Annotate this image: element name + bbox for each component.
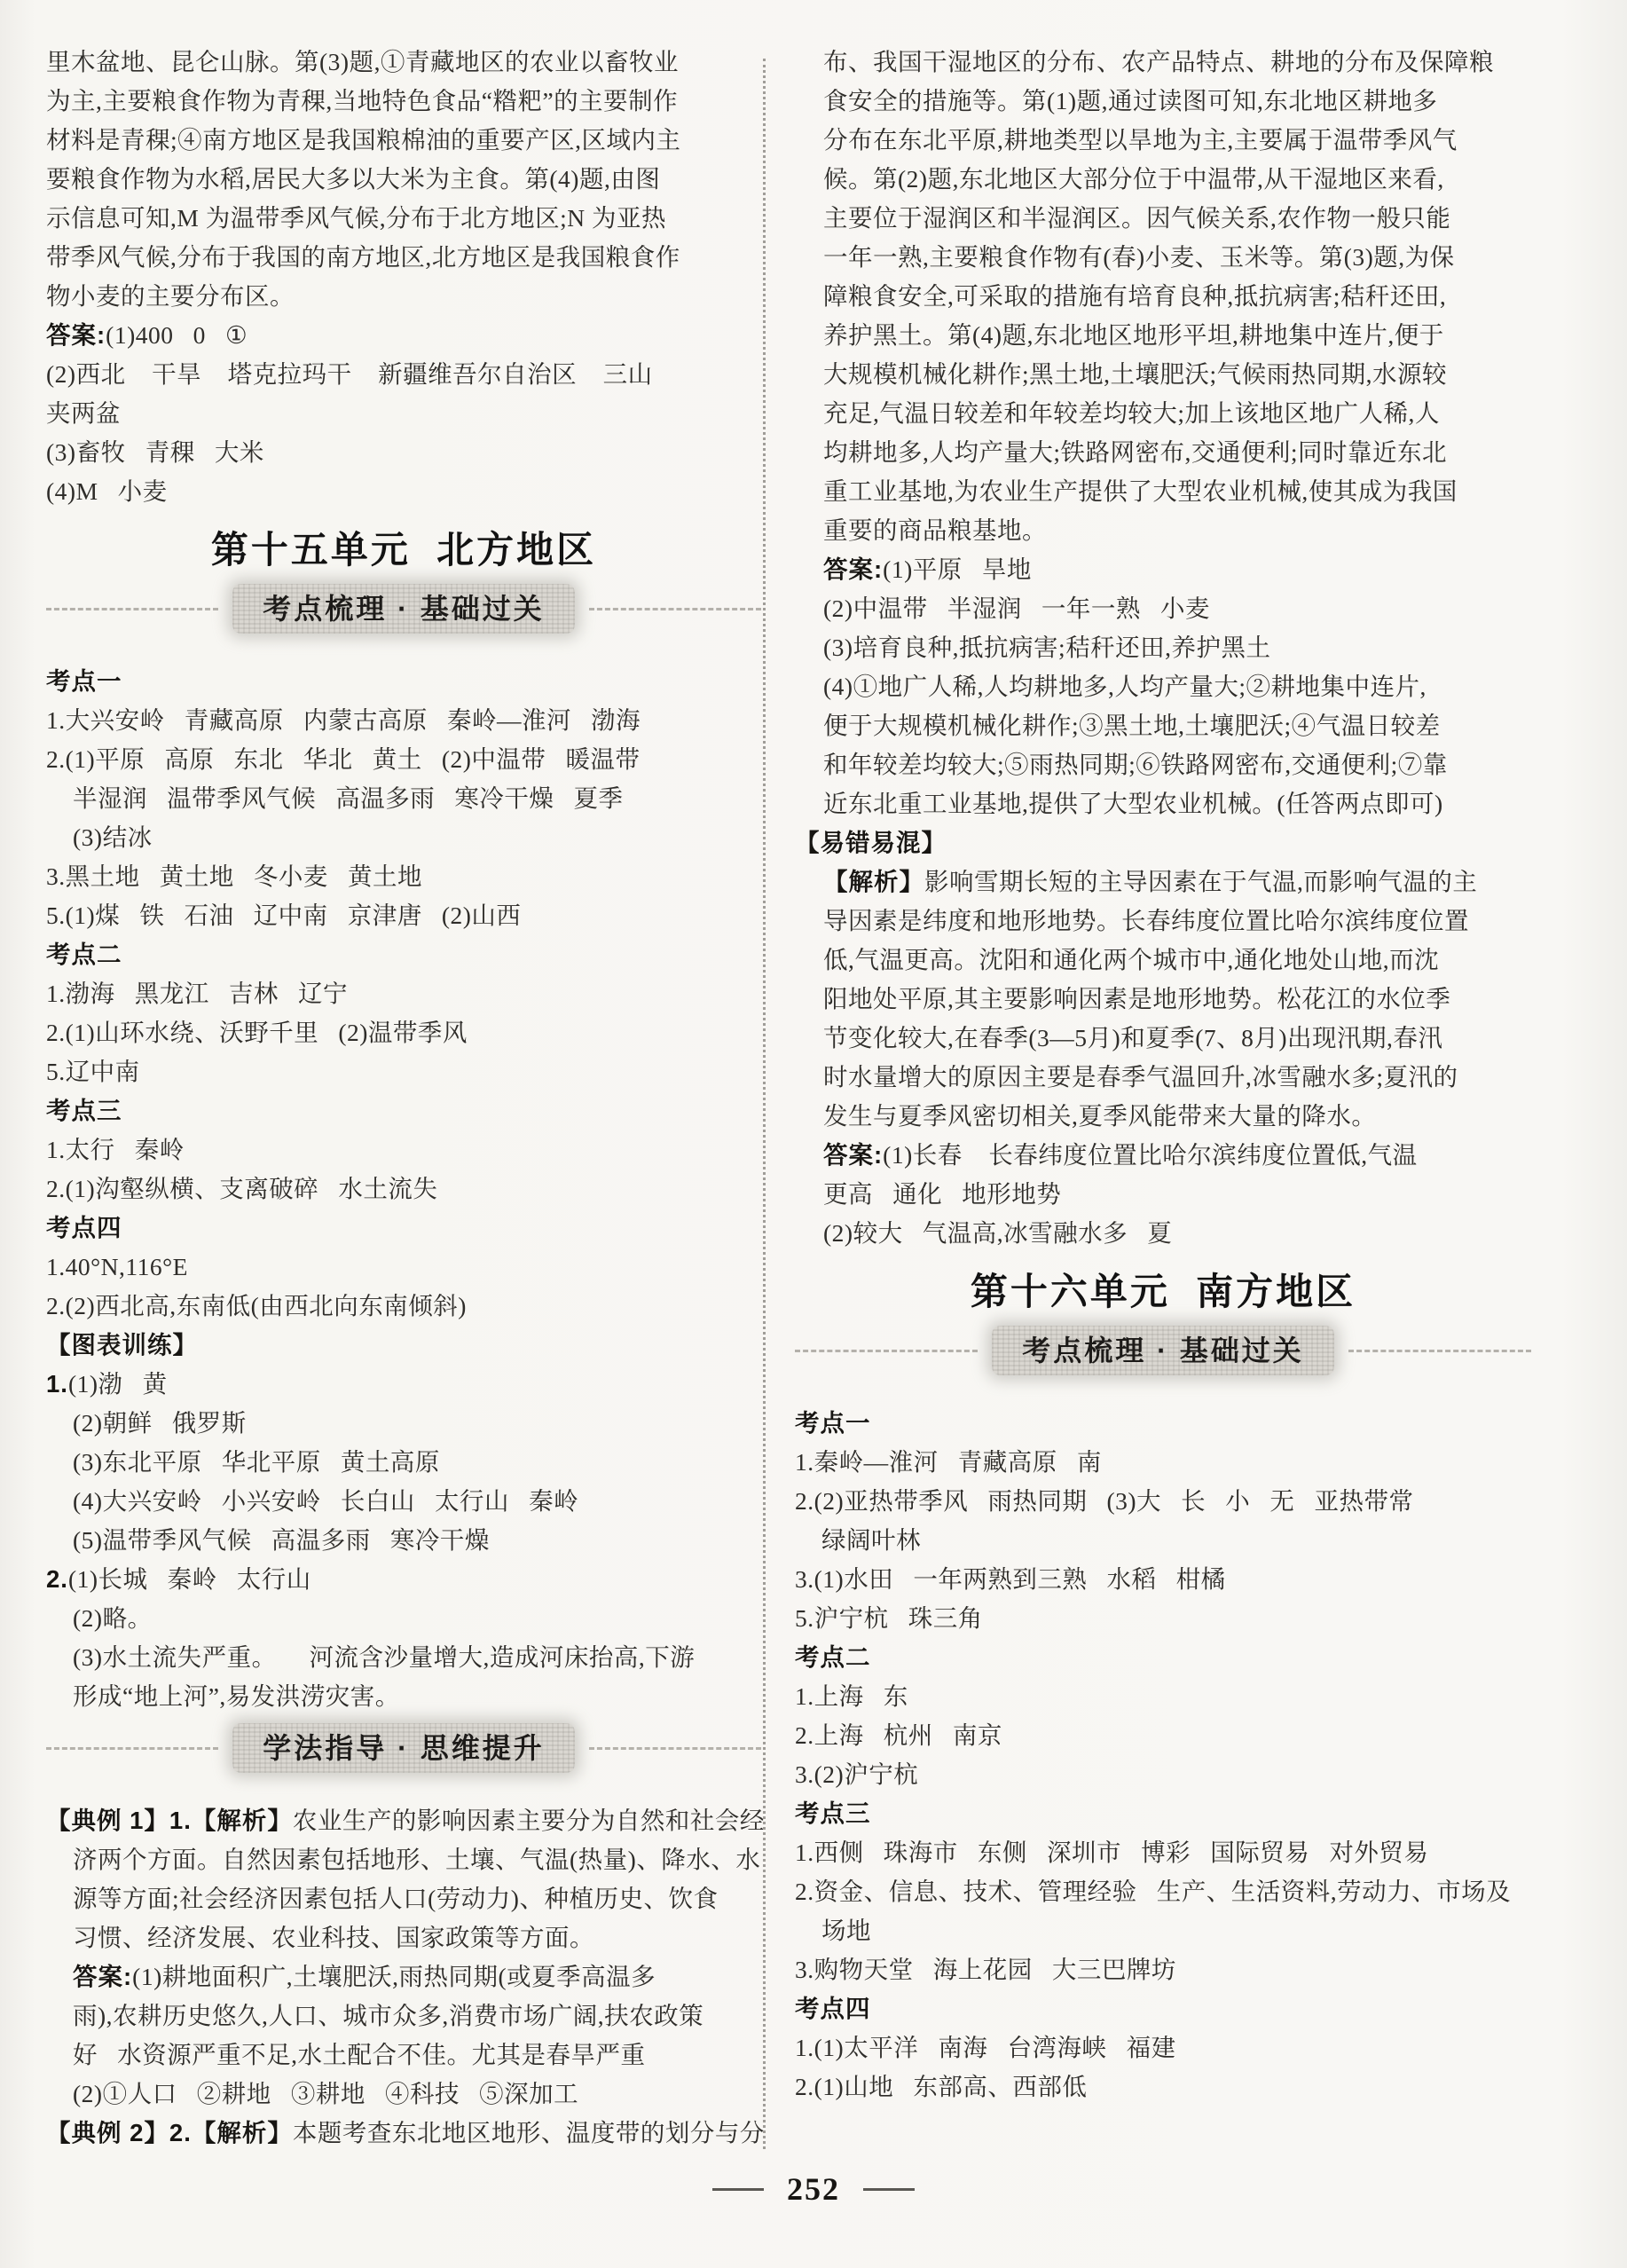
text-run: 发生与夏季风密切相关,夏季风能带来大量的降水。 — [823, 1102, 1376, 1130]
text-run: 绿阔叶林 — [821, 1526, 921, 1554]
banner-dashed-rule-left — [46, 608, 218, 610]
text-block: 【易错易混】 — [795, 823, 1531, 862]
text-run: (1)长春 长春纬度位置比哈尔滨纬度位置低,气温 — [883, 1141, 1417, 1169]
text-run: (2)①人口 ②耕地 ③耕地 ④科技 ⑤深加工 — [73, 2080, 578, 2107]
text-line: 考点四 — [795, 1989, 1531, 2028]
text-run: 节变化较大,在春季(3—5月)和夏季(7、8月)出现汛期,春汛 — [823, 1024, 1442, 1051]
text-run: (4)大兴安岭 小兴安岭 长白山 太行山 秦岭 — [73, 1487, 578, 1515]
left-column: 里木盆地、昆仑山脉。第(3)题,①青藏地区的农业以畜牧业为主,主要粮食作物为青稞… — [46, 43, 761, 2153]
text-run: 3.(2)沪宁杭 — [795, 1760, 918, 1788]
text-run: (4)M 小麦 — [46, 477, 168, 505]
text-run: 里木盆地、昆仑山脉。第(3)题,①青藏地区的农业以畜牧业 — [46, 48, 679, 75]
bold-label: 【解析】 — [823, 868, 924, 895]
text-line: 雨),农耕历史悠久,人口、城市众多,消费市场广阔,扶农政策 — [46, 1996, 761, 2036]
text-run: 阳地处平原,其主要影响因素是地形地势。松花江的水位季 — [823, 985, 1450, 1012]
text-line: 【典例 2】2.【解析】本题考查东北地区地形、温度带的划分与分 — [46, 2114, 761, 2153]
text-run: 2.上海 杭州 南京 — [795, 1721, 1002, 1749]
text-run: 2.(1)山环水绕、沃野千里 (2)温带季风 — [46, 1019, 468, 1046]
text-run: 物小麦的主要分布区。 — [46, 282, 295, 310]
text-run: 为主,主要粮食作物为青稞,当地特色食品“糌粑”的主要制作 — [46, 87, 678, 114]
page-footer: 252 — [0, 2170, 1627, 2208]
text-run: (3)培育良种,抵抗病害;秸秆还田,养护黑土 — [823, 634, 1270, 661]
text-line: 习惯、经济发展、农业科技、国家政策等方面。 — [46, 1918, 761, 1957]
bold-label: 2. — [46, 1565, 68, 1593]
text-line: 【典例 1】1.【解析】农业生产的影响因素主要分为自然和社会经 — [46, 1801, 761, 1840]
bold-label: 考点三 — [795, 1799, 871, 1827]
text-line: 2.(2)亚热带季风 雨热同期 (3)大 长 小 无 亚热带常 — [795, 1482, 1531, 1521]
text-run: (4)①地广人稀,人均耕地多,人均产量大;②耕地集中连片, — [823, 673, 1427, 700]
text-line: (4)①地广人稀,人均耕地多,人均产量大;②耕地集中连片, — [823, 667, 1531, 706]
text-run: 要粮食作物为水稻,居民大多以大米为主食。第(4)题,由图 — [46, 165, 660, 193]
text-run: 示信息可知,M 为温带季风气候,分布于北方地区;N 为亚热 — [46, 204, 666, 232]
text-line: 1.40°N,116°E — [46, 1248, 761, 1287]
text-line: 阳地处平原,其主要影响因素是地形地势。松花江的水位季 — [823, 980, 1531, 1019]
text-run: 导因素是纬度和地形地势。长春纬度位置比哈尔滨纬度位置 — [823, 907, 1469, 934]
text-run: 源等方面;社会经济因素包括人口(劳动力)、种植历史、饮食 — [73, 1885, 718, 1912]
bold-label: 答案: — [46, 321, 106, 349]
text-line: (2)西北 干旱 塔克拉玛干 新疆维吾尔自治区 三山 — [46, 355, 761, 394]
text-line: 考点三 — [46, 1091, 761, 1130]
text-run: (1)长城 秦岭 太行山 — [68, 1565, 311, 1593]
text-run: 1.西侧 珠海市 东侧 深圳市 博彩 国际贸易 对外贸易 — [795, 1839, 1428, 1866]
text-line: 2.(1)山地 东部高、西部低 — [795, 2067, 1531, 2107]
text-line: 济两个方面。自然因素包括地形、土壤、气温(热量)、降水、水 — [46, 1840, 761, 1879]
bold-label: 考点二 — [46, 941, 122, 968]
banner-dashed-rule-right — [589, 608, 761, 610]
text-run: 好 水资源严重不足,水土配合不佳。尤其是春旱严重 — [73, 2041, 646, 2068]
text-run: 低,气温更高。沈阳和通化两个城市中,通化地处山地,而沈 — [823, 946, 1439, 973]
bold-label: 考点一 — [795, 1409, 871, 1437]
banner-dashed-rule-right — [589, 1747, 761, 1750]
text-line: (2)较大 气温高,冰雪融水多 夏 — [823, 1214, 1531, 1253]
text-run: 3.黑土地 黄土地 冬小麦 黄土地 — [46, 862, 422, 890]
text-block: 【解析】影响雪期长短的主导因素在于气温,而影响气温的主导因素是纬度和地形地势。长… — [795, 862, 1531, 1253]
text-run: 5.沪宁杭 珠三角 — [795, 1604, 983, 1632]
banner-label: 考点梳理 · 基础过关 — [992, 1326, 1333, 1375]
text-line: (2)中温带 半湿润 一年一熟 小麦 — [823, 589, 1531, 628]
text-run: 2.(2)亚热带季风 雨热同期 (3)大 长 小 无 亚热带常 — [795, 1487, 1414, 1515]
text-run: 济两个方面。自然因素包括地形、土壤、气温(热量)、降水、水 — [73, 1846, 760, 1873]
text-line: 【图表训练】 — [46, 1326, 761, 1365]
unit-title: 第十六单元 南方地区 — [795, 1267, 1531, 1317]
text-block: 考点一1.大兴安岭 青藏高原 内蒙古高原 秦岭—淮河 渤海2.(1)平原 高原 … — [46, 662, 761, 1716]
bold-label: 考点三 — [46, 1097, 122, 1124]
text-run: 带季风气候,分布于我国的南方地区,北方地区是我国粮食作 — [46, 243, 680, 271]
banner-dashed-rule-left — [46, 1747, 218, 1750]
footer-dash-right — [863, 2188, 915, 2191]
text-line: (5)温带季风气候 高温多雨 寒冷干燥 — [46, 1521, 761, 1560]
text-line: 【解析】影响雪期长短的主导因素在于气温,而影响气温的主 — [823, 862, 1531, 902]
footer-dash-left — [712, 2188, 764, 2191]
text-line: 答案:(1)平原 旱地 — [823, 550, 1531, 589]
text-line: 答案:(1)长春 长春纬度位置比哈尔滨纬度位置低,气温 — [823, 1136, 1531, 1175]
text-line: 发生与夏季风密切相关,夏季风能带来大量的降水。 — [823, 1097, 1531, 1136]
banner-dashed-rule-left — [795, 1350, 978, 1352]
text-run: (2)朝鲜 俄罗斯 — [73, 1409, 247, 1437]
text-line: (2)略。 — [46, 1599, 761, 1638]
text-run: (1)400 0 ① — [106, 321, 248, 349]
text-line: 5.辽中南 — [46, 1052, 761, 1091]
text-run: 2.资金、信息、技术、管理经验 生产、生活资料,劳动力、市场及 — [795, 1878, 1511, 1905]
text-line: 1.秦岭—淮河 青藏高原 南 — [795, 1443, 1531, 1482]
text-run: 便于大规模机械化耕作;③黑土地,土壤肥沃;④气温日较差 — [823, 712, 1441, 739]
text-run: 农业生产的影响因素主要分为自然和社会经 — [293, 1807, 765, 1834]
text-run: 1.大兴安岭 青藏高原 内蒙古高原 秦岭—淮河 渤海 — [46, 706, 641, 734]
text-run: 2.(2)西北高,东南低(由西北向东南倾斜) — [46, 1292, 467, 1319]
text-line: 布、我国干湿地区的分布、农产品特点、耕地的分布及保障粮 — [823, 43, 1531, 82]
bold-label: 【典例 1】1.【解析】 — [46, 1807, 293, 1834]
text-line: (3)结冰 — [46, 818, 761, 857]
text-line: (3)畜牧 青稞 大米 — [46, 433, 761, 472]
text-line: 考点一 — [46, 662, 761, 701]
text-line: 2.(1)长城 秦岭 太行山 — [46, 1560, 761, 1599]
text-run: 1.太行 秦岭 — [46, 1136, 185, 1163]
section-banner: 学法指导 · 思维提升 — [46, 1723, 761, 1773]
text-line: 节变化较大,在春季(3—5月)和夏季(7、8月)出现汛期,春汛 — [823, 1019, 1531, 1058]
text-run: 1.(1)太平洋 南海 台湾海峡 福建 — [795, 2034, 1176, 2061]
text-line: 里木盆地、昆仑山脉。第(3)题,①青藏地区的农业以畜牧业 — [46, 43, 761, 82]
text-run: 均耕地多,人均产量大;铁路网密布,交通便利;同时靠近东北 — [823, 438, 1447, 466]
text-line: 【易错易混】 — [795, 823, 1531, 862]
text-line: 2.(1)山环水绕、沃野千里 (2)温带季风 — [46, 1013, 761, 1052]
text-line: 障粮食安全,可采取的措施有培育良种,抵抗病害;秸秆还田, — [823, 277, 1531, 316]
text-run: 主要位于湿润区和半湿润区。因气候关系,农作物一般只能 — [823, 204, 1450, 232]
text-run: 夹两盆 — [46, 399, 121, 427]
text-line: (2)朝鲜 俄罗斯 — [46, 1404, 761, 1443]
text-run: 形成“地上河”,易发洪涝灾害。 — [73, 1682, 400, 1710]
bold-label: 【图表训练】 — [46, 1331, 198, 1358]
text-line: 要粮食作物为水稻,居民大多以大米为主食。第(4)题,由图 — [46, 160, 761, 199]
text-line: 重要的商品粮基地。 — [823, 511, 1531, 550]
bold-label: 答案: — [823, 555, 883, 583]
text-run: 5.(1)煤 铁 石油 辽中南 京津唐 (2)山西 — [46, 902, 521, 929]
text-run: (3)结冰 — [73, 823, 153, 851]
text-block: 答案:(1)400 0 ①(2)西北 干旱 塔克拉玛干 新疆维吾尔自治区 三山夹… — [46, 316, 761, 511]
text-run: (3)东北平原 华北平原 黄土高原 — [73, 1448, 440, 1476]
text-run: 3.(1)水田 一年两熟到三熟 水稻 柑橘 — [795, 1565, 1226, 1593]
text-line: 考点四 — [46, 1209, 761, 1248]
text-run: 分布在东北平原,耕地类型以旱地为主,主要属于温带季风气 — [823, 126, 1458, 154]
banner-label: 学法指导 · 思维提升 — [232, 1723, 574, 1773]
text-run: 3.购物天堂 海上花园 大三巴牌坊 — [795, 1956, 1176, 1983]
text-run: (2)西北 干旱 塔克拉玛干 新疆维吾尔自治区 三山 — [46, 360, 653, 388]
text-run: 影响雪期长短的主导因素在于气温,而影响气温的主 — [924, 868, 1477, 895]
bold-label: 1. — [46, 1370, 68, 1398]
text-line: 低,气温更高。沈阳和通化两个城市中,通化地处山地,而沈 — [823, 941, 1531, 980]
text-line: 3.购物天堂 海上花园 大三巴牌坊 — [795, 1950, 1531, 1989]
banner-dashed-rule-right — [1348, 1350, 1531, 1352]
text-run: 大规模机械化耕作;黑土地,土壤肥沃;气候雨热同期,水源较 — [823, 360, 1447, 388]
text-run: 2.(1)沟壑纵横、支离破碎 水土流失 — [46, 1175, 437, 1202]
text-block: 布、我国干湿地区的分布、农产品特点、耕地的分布及保障粮食安全的措施等。第(1)题… — [795, 43, 1531, 823]
text-line: 导因素是纬度和地形地势。长春纬度位置比哈尔滨纬度位置 — [823, 902, 1531, 941]
text-line: 3.(1)水田 一年两熟到三熟 水稻 柑橘 — [795, 1560, 1531, 1599]
text-line: 2.资金、信息、技术、管理经验 生产、生活资料,劳动力、市场及 — [795, 1872, 1531, 1911]
text-line: 为主,主要粮食作物为青稞,当地特色食品“糌粑”的主要制作 — [46, 82, 761, 121]
text-run: 布、我国干湿地区的分布、农产品特点、耕地的分布及保障粮 — [823, 48, 1494, 75]
bold-label: 考点二 — [795, 1643, 871, 1671]
text-line: 考点三 — [795, 1794, 1531, 1833]
text-run: 半湿润 温带季风气候 高温多雨 寒冷干燥 夏季 — [73, 784, 624, 812]
text-run: (2)较大 气温高,冰雪融水多 夏 — [823, 1219, 1172, 1247]
text-line: (3)水土流失严重。 河流含沙量增大,造成河床抬高,下游 — [46, 1638, 761, 1677]
bold-label: 【典例 2】2.【解析】 — [46, 2119, 293, 2146]
text-run: 场地 — [821, 1917, 871, 1944]
text-run: 养护黑土。第(4)题,东北地区地形平坦,耕地集中连片,便于 — [823, 321, 1444, 349]
text-line: 考点二 — [795, 1638, 1531, 1677]
right-column: 布、我国干湿地区的分布、农产品特点、耕地的分布及保障粮食安全的措施等。第(1)题… — [795, 43, 1531, 2107]
text-run: 材料是青稞;④南方地区是我国粮棉油的重要产区,区域内主 — [46, 126, 681, 154]
text-run: 重工业基地,为农业生产提供了大型农业机械,使其成为我国 — [823, 477, 1458, 505]
text-line: 答案:(1)400 0 ① — [46, 316, 761, 355]
text-line: 均耕地多,人均产量大;铁路网密布,交通便利;同时靠近东北 — [823, 433, 1531, 472]
text-run: (3)水土流失严重。 河流含沙量增大,造成河床抬高,下游 — [73, 1643, 695, 1671]
text-line: 3.(2)沪宁杭 — [795, 1755, 1531, 1794]
workbook-page: 里木盆地、昆仑山脉。第(3)题,①青藏地区的农业以畜牧业为主,主要粮食作物为青稞… — [0, 0, 1627, 2268]
text-run: 雨),农耕历史悠久,人口、城市众多,消费市场广阔,扶农政策 — [73, 2002, 703, 2029]
text-line: 和年较差均较大;⑤雨热同期;⑥铁路网密布,交通便利;⑦靠 — [823, 745, 1531, 784]
text-line: 食安全的措施等。第(1)题,通过读图可知,东北地区耕地多 — [823, 82, 1531, 121]
text-line: 夹两盆 — [46, 394, 761, 433]
text-line: 考点一 — [795, 1404, 1531, 1443]
text-line: 1.(1)渤 黄 — [46, 1365, 761, 1404]
text-run: 食安全的措施等。第(1)题,通过读图可知,东北地区耕地多 — [823, 87, 1437, 114]
text-line: 重工业基地,为农业生产提供了大型农业机械,使其成为我国 — [823, 472, 1531, 511]
unit-title: 第十五单元 北方地区 — [46, 525, 761, 575]
text-line: 3.黑土地 黄土地 冬小麦 黄土地 — [46, 857, 761, 896]
text-run: 候。第(2)题,东北地区大部分位于中温带,从干湿地区来看, — [823, 165, 1444, 193]
text-line: 答案:(1)耕地面积广,土壤肥沃,雨热同期(或夏季高温多 — [46, 1957, 761, 1996]
text-run: 1.渤海 黑龙江 吉林 辽宁 — [46, 980, 348, 1007]
text-run: 5.辽中南 — [46, 1058, 140, 1085]
text-run: 障粮食安全,可采取的措施有培育良种,抵抗病害;秸秆还田, — [823, 282, 1446, 310]
text-run: (2)中温带 半湿润 一年一熟 小麦 — [823, 595, 1210, 622]
text-line: (4)M 小麦 — [46, 472, 761, 511]
text-line: 2.上海 杭州 南京 — [795, 1716, 1531, 1755]
text-line: (2)①人口 ②耕地 ③耕地 ④科技 ⑤深加工 — [46, 2075, 761, 2114]
text-run: 充足,气温日较差和年较差均较大;加上该地区地广人稀,人 — [823, 399, 1440, 427]
bold-label: 答案: — [73, 1963, 132, 1990]
page-number: 252 — [787, 2170, 840, 2208]
text-line: 5.沪宁杭 珠三角 — [795, 1599, 1531, 1638]
text-line: 带季风气候,分布于我国的南方地区,北方地区是我国粮食作 — [46, 238, 761, 277]
text-line: 更高 通化 地形地势 — [823, 1175, 1531, 1214]
text-run: 2.(1)平原 高原 东北 华北 黄土 (2)中温带 暖温带 — [46, 745, 641, 773]
text-run: (1)平原 旱地 — [883, 555, 1032, 583]
text-line: 1.大兴安岭 青藏高原 内蒙古高原 秦岭—淮河 渤海 — [46, 701, 761, 740]
text-line: (4)大兴安岭 小兴安岭 长白山 太行山 秦岭 — [46, 1482, 761, 1521]
text-line: 5.(1)煤 铁 石油 辽中南 京津唐 (2)山西 — [46, 896, 761, 935]
text-line: 1.上海 东 — [795, 1677, 1531, 1716]
text-line: 2.(1)平原 高原 东北 华北 黄土 (2)中温带 暖温带 — [46, 740, 761, 779]
text-line: 1.西侧 珠海市 东侧 深圳市 博彩 国际贸易 对外贸易 — [795, 1833, 1531, 1872]
text-block: 里木盆地、昆仑山脉。第(3)题,①青藏地区的农业以畜牧业为主,主要粮食作物为青稞… — [46, 43, 761, 316]
text-line: 好 水资源严重不足,水土配合不佳。尤其是春旱严重 — [46, 2036, 761, 2075]
text-block: 【典例 1】1.【解析】农业生产的影响因素主要分为自然和社会经济两个方面。自然因… — [46, 1801, 761, 2153]
text-line: 时水量增大的原因主要是春季气温回升,冰雪融水多;夏汛的 — [823, 1058, 1531, 1097]
text-run: (5)温带季风气候 高温多雨 寒冷干燥 — [73, 1526, 490, 1554]
text-line: 2.(2)西北高,东南低(由西北向东南倾斜) — [46, 1287, 761, 1326]
text-line: 候。第(2)题,东北地区大部分位于中温带,从干湿地区来看, — [823, 160, 1531, 199]
text-line: 场地 — [795, 1911, 1531, 1950]
bold-label: 【易错易混】 — [795, 829, 947, 856]
text-line: (3)东北平原 华北平原 黄土高原 — [46, 1443, 761, 1482]
text-run: 2.(1)山地 东部高、西部低 — [795, 2073, 1087, 2100]
text-line: 物小麦的主要分布区。 — [46, 277, 761, 316]
text-line: 便于大规模机械化耕作;③黑土地,土壤肥沃;④气温日较差 — [823, 706, 1531, 745]
text-line: 源等方面;社会经济因素包括人口(劳动力)、种植历史、饮食 — [46, 1879, 761, 1918]
bold-label: 考点四 — [795, 1995, 871, 2022]
text-run: 时水量增大的原因主要是春季气温回升,冰雪融水多;夏汛的 — [823, 1063, 1458, 1091]
text-line: (3)培育良种,抵抗病害;秸秆还田,养护黑土 — [823, 628, 1531, 667]
banner-label: 考点梳理 · 基础过关 — [232, 584, 574, 634]
text-line: 一年一熟,主要粮食作物有(春)小麦、玉米等。第(3)题,为保 — [823, 238, 1531, 277]
text-line: 1.太行 秦岭 — [46, 1130, 761, 1169]
bold-label: 考点一 — [46, 667, 122, 695]
text-run: (1)渤 黄 — [68, 1370, 168, 1398]
text-line: 充足,气温日较差和年较差均较大;加上该地区地广人稀,人 — [823, 394, 1531, 433]
text-run: (3)畜牧 青稞 大米 — [46, 438, 264, 466]
text-line: 大规模机械化耕作;黑土地,土壤肥沃;气候雨热同期,水源较 — [823, 355, 1531, 394]
text-line: 形成“地上河”,易发洪涝灾害。 — [46, 1677, 761, 1716]
text-line: 养护黑土。第(4)题,东北地区地形平坦,耕地集中连片,便于 — [823, 316, 1531, 355]
text-line: 绿阔叶林 — [795, 1521, 1531, 1560]
text-line: 近东北重工业基地,提供了大型农业机械。(任答两点即可) — [823, 784, 1531, 823]
text-run: 更高 通化 地形地势 — [823, 1180, 1061, 1208]
text-run: 1.40°N,116°E — [46, 1253, 188, 1280]
text-line: 半湿润 温带季风气候 高温多雨 寒冷干燥 夏季 — [46, 779, 761, 818]
text-line: 2.(1)沟壑纵横、支离破碎 水土流失 — [46, 1169, 761, 1209]
text-run: 重要的商品粮基地。 — [823, 516, 1047, 544]
text-run: 近东北重工业基地,提供了大型农业机械。(任答两点即可) — [823, 790, 1443, 817]
text-line: 主要位于湿润区和半湿润区。因气候关系,农作物一般只能 — [823, 199, 1531, 238]
text-line: 1.渤海 黑龙江 吉林 辽宁 — [46, 974, 761, 1013]
text-line: 1.(1)太平洋 南海 台湾海峡 福建 — [795, 2028, 1531, 2067]
text-run: 1.秦岭—淮河 青藏高原 南 — [795, 1448, 1102, 1476]
section-banner: 考点梳理 · 基础过关 — [46, 584, 761, 634]
text-run: (1)耕地面积广,土壤肥沃,雨热同期(或夏季高温多 — [132, 1963, 656, 1990]
section-banner: 考点梳理 · 基础过关 — [795, 1326, 1531, 1375]
column-divider — [763, 59, 766, 2149]
text-line: 示信息可知,M 为温带季风气候,分布于北方地区;N 为亚热 — [46, 199, 761, 238]
text-line: 考点二 — [46, 935, 761, 974]
bold-label: 答案: — [823, 1141, 883, 1169]
text-run: 习惯、经济发展、农业科技、国家政策等方面。 — [73, 1924, 594, 1951]
text-run: 一年一熟,主要粮食作物有(春)小麦、玉米等。第(3)题,为保 — [823, 243, 1455, 271]
text-run: 和年较差均较大;⑤雨热同期;⑥铁路网密布,交通便利;⑦靠 — [823, 751, 1448, 778]
text-line: 分布在东北平原,耕地类型以旱地为主,主要属于温带季风气 — [823, 121, 1531, 160]
text-run: 1.上海 东 — [795, 1682, 908, 1710]
text-block: 考点一1.秦岭—淮河 青藏高原 南2.(2)亚热带季风 雨热同期 (3)大 长 … — [795, 1404, 1531, 2107]
text-run: (2)略。 — [73, 1604, 153, 1632]
text-line: 材料是青稞;④南方地区是我国粮棉油的重要产区,区域内主 — [46, 121, 761, 160]
bold-label: 考点四 — [46, 1214, 122, 1241]
text-run: 本题考查东北地区地形、温度带的划分与分 — [293, 2119, 765, 2146]
